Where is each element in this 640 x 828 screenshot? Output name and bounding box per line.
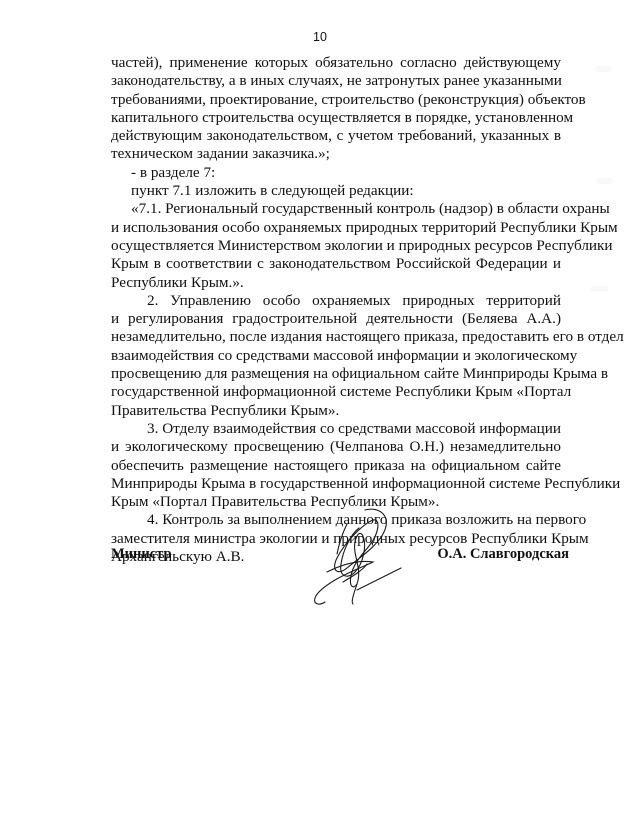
text-line: Минприроды Крыма в государственной инфор… — [111, 475, 561, 493]
text-line: взаимодействия со средствами массовой ин… — [111, 347, 561, 365]
text-line: законодательству, а в иных случаях, не з… — [111, 72, 561, 90]
text-line: обеспечить размещение настоящего приказа… — [111, 457, 561, 475]
text-line: частей), применение которых обязательно … — [111, 54, 561, 72]
text-line: Республики Крым.». — [111, 274, 561, 292]
text-line: просвещению для размещения на официально… — [111, 365, 561, 383]
text-line: действующим законодательством, с учетом … — [111, 127, 561, 145]
text-line: Крым в соответствии с законодательством … — [111, 255, 561, 273]
text-line: и экологическому просвещению (Челпанова … — [111, 438, 561, 456]
document-page: 10 частей), применение которых обязатель… — [0, 0, 640, 828]
signature-icon — [307, 506, 417, 611]
text-line: техническом задании заказчика.»; — [111, 145, 561, 163]
signature-block: Министр О.А. Славгородская — [111, 540, 569, 610]
scan-artifact — [594, 66, 612, 72]
text-line: пункт 7.1 изложить в следующей редакции: — [111, 182, 561, 200]
text-line: 3. Отделу взаимодействия со средствами м… — [111, 420, 561, 438]
text-line: Правительства Республики Крым». — [111, 402, 561, 420]
text-line: и использования особо охраняемых природн… — [111, 219, 561, 237]
scan-artifact — [596, 178, 614, 184]
text-line: государственной информационной системе Р… — [111, 383, 561, 401]
scan-artifact — [590, 286, 608, 292]
page-number: 10 — [0, 30, 640, 44]
signatory-name: О.А. Славгородская — [437, 546, 569, 563]
signatory-title: Министр — [111, 546, 172, 563]
text-line: «7.1. Региональный государственный контр… — [111, 200, 561, 218]
text-line: требованиями, проектирование, строительс… — [111, 91, 561, 109]
document-body: частей), применение которых обязательно … — [111, 54, 561, 566]
text-line: незамедлительно, после издания настоящег… — [111, 328, 561, 346]
text-line: осуществляется Министерством экологии и … — [111, 237, 561, 255]
text-line: и регулирования градостроительной деятел… — [111, 310, 561, 328]
text-line: 2. Управлению особо охраняемых природных… — [111, 292, 561, 310]
text-line: капитального строительства осуществляетс… — [111, 109, 561, 127]
text-line: - в разделе 7: — [111, 164, 561, 182]
